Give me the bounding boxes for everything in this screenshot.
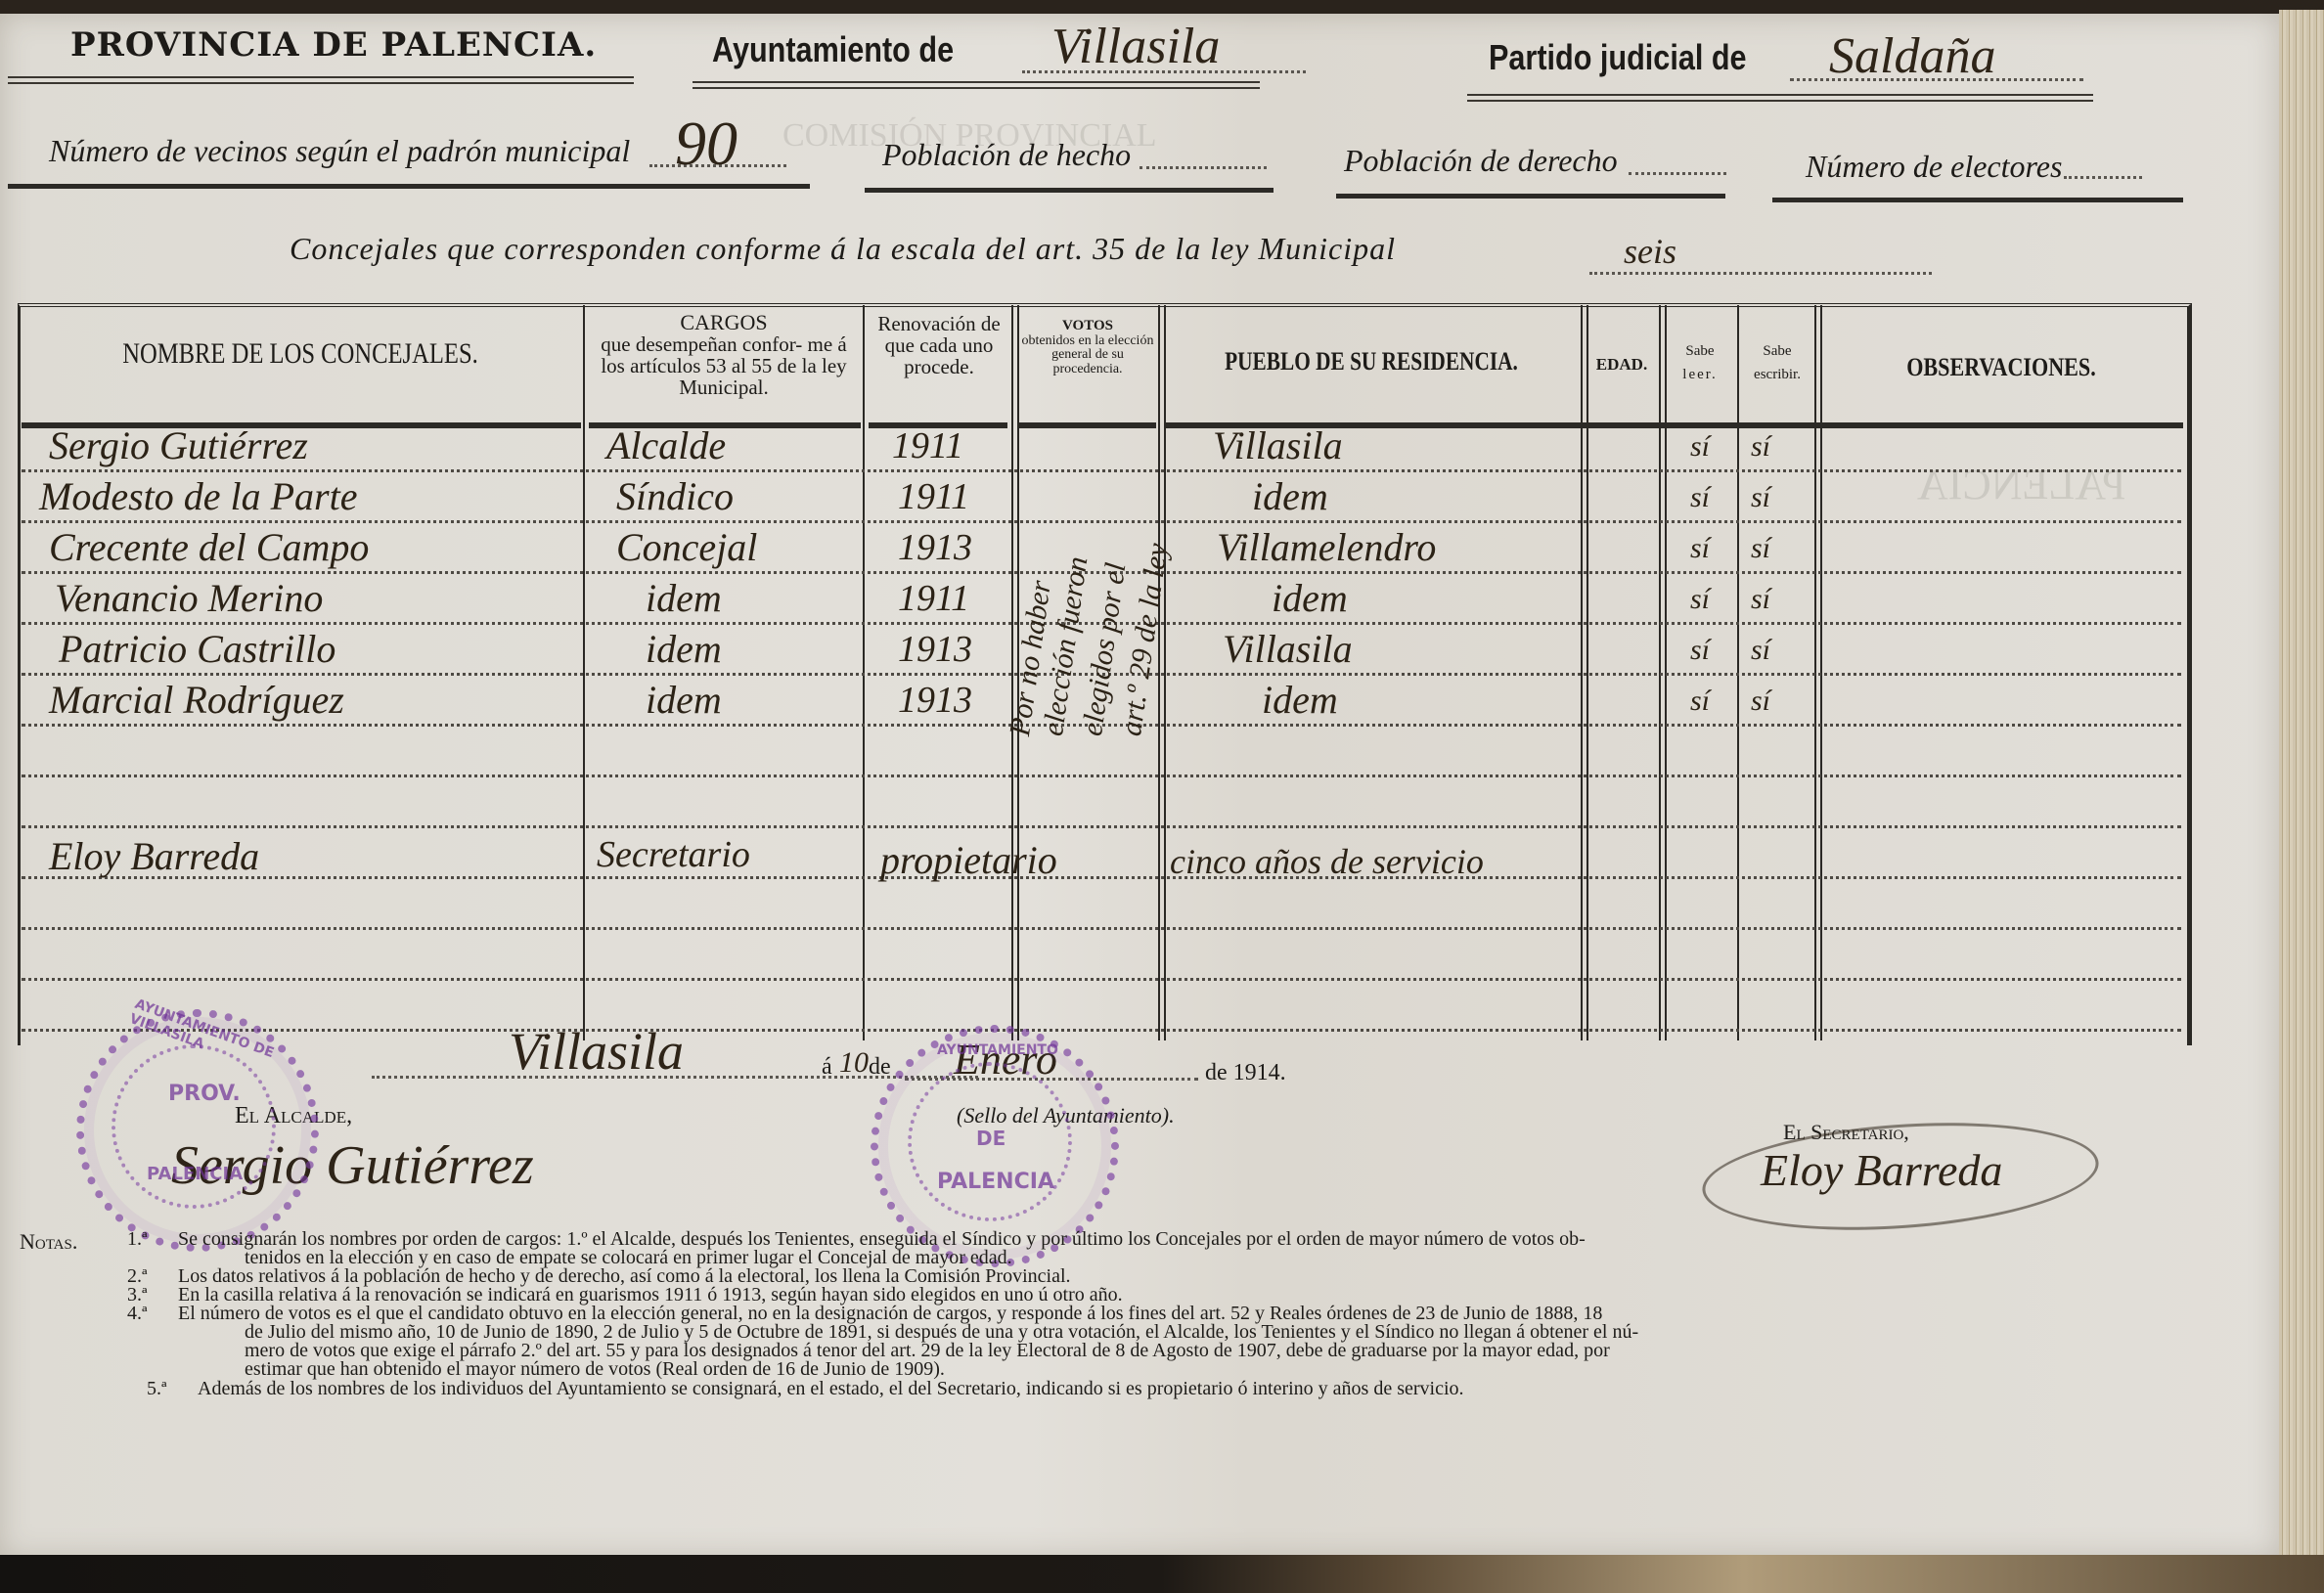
concejales-dots bbox=[1589, 272, 1932, 275]
row-line bbox=[22, 927, 2181, 930]
cell-cargo[interactable]: idem bbox=[646, 677, 722, 723]
column-header-leer: Sabe leer. bbox=[1665, 344, 1735, 383]
cell-escribir[interactable]: sí bbox=[1751, 634, 1770, 667]
date-year: de 1914. bbox=[1205, 1060, 1286, 1086]
cell-nombre[interactable]: Modesto de la Parte bbox=[39, 473, 358, 519]
divider bbox=[8, 76, 634, 84]
stamp-text: AYUNTAMIENTO bbox=[937, 1042, 1058, 1058]
cell-pueblo[interactable]: idem bbox=[1272, 575, 1348, 621]
cell-cargo[interactable]: Secretario bbox=[597, 833, 750, 876]
book-page-edges bbox=[2279, 10, 2324, 1565]
vecinos-label: Número de vecinos según el padrón munici… bbox=[49, 133, 630, 169]
cell-escribir[interactable]: sí bbox=[1751, 583, 1770, 616]
cell-leer[interactable]: sí bbox=[1690, 685, 1710, 718]
column-header-renovacion: Renovación de que cada uno procede. bbox=[869, 313, 1009, 377]
cell-renovacion[interactable]: 1911 bbox=[892, 424, 963, 467]
cell-nombre[interactable]: Sergio Gutiérrez bbox=[49, 422, 308, 468]
cell-leer[interactable]: sí bbox=[1690, 430, 1710, 464]
secretario-signature[interactable]: Eloy Barreda bbox=[1761, 1144, 2002, 1196]
municipal-stamp-left: AYUNTAMIENTO DE VILLASILA PROV. PALENCIA bbox=[76, 1009, 319, 1252]
electores-label: Número de electores bbox=[1806, 149, 2062, 185]
note-line: estimar que han obtenido el mayor número… bbox=[245, 1360, 945, 1379]
divider bbox=[1772, 198, 2183, 202]
province-title: PROVINCIA DE PALENCIA. bbox=[70, 25, 597, 65]
leer-bottom: leer. bbox=[1665, 368, 1735, 383]
vecinos-value[interactable]: 90 bbox=[675, 108, 737, 180]
column-header-edad: EDAD. bbox=[1587, 356, 1657, 374]
note-number: 1.ª bbox=[127, 1230, 148, 1249]
row-line bbox=[22, 1029, 2181, 1032]
cell-escribir[interactable]: sí bbox=[1751, 532, 1770, 565]
cell-pueblo[interactable]: idem bbox=[1252, 473, 1328, 519]
column-header-escribir: Sabe escribir. bbox=[1741, 344, 1813, 383]
concejales-value[interactable]: seis bbox=[1624, 231, 1676, 272]
cell-cargo[interactable]: Alcalde bbox=[606, 422, 726, 468]
cell-pueblo[interactable]: Villasila bbox=[1223, 626, 1353, 672]
ayuntamiento-value[interactable]: Villasila bbox=[1051, 18, 1220, 75]
escribir-top: Sabe bbox=[1741, 344, 1813, 360]
cell-nombre[interactable]: Marcial Rodríguez bbox=[49, 677, 344, 723]
cell-cargo[interactable]: Concejal bbox=[616, 524, 757, 570]
divider bbox=[8, 184, 810, 189]
cell-nombre[interactable]: Venancio Merino bbox=[55, 575, 323, 621]
poblacion-hecho-dots[interactable] bbox=[1140, 166, 1267, 169]
note-number: 5.ª bbox=[147, 1380, 167, 1398]
date-de-label: de bbox=[869, 1054, 891, 1081]
row-line bbox=[22, 876, 2181, 879]
book-bottom-edge bbox=[0, 1555, 2324, 1593]
poblacion-derecho-dots[interactable] bbox=[1629, 172, 1726, 175]
votos-title: VOTOS bbox=[1019, 319, 1156, 334]
cell-leer[interactable]: sí bbox=[1690, 481, 1710, 514]
stamp-text: PROV. bbox=[168, 1082, 241, 1106]
column-header-nombre: NOMBRE DE LOS CONCEJALES. bbox=[71, 338, 528, 370]
column-header-cargos: CARGOS que desempeñan confor- me á los a… bbox=[587, 311, 861, 398]
concejales-label: Concejales que corresponden conforme á l… bbox=[290, 231, 1396, 267]
cell-escribir[interactable]: sí bbox=[1751, 430, 1770, 464]
date-day[interactable]: 10 bbox=[839, 1046, 869, 1080]
cell-pueblo[interactable]: cinco años de servicio bbox=[1170, 841, 1484, 882]
poblacion-derecho-label: Población de derecho bbox=[1344, 143, 1618, 179]
header-rule bbox=[1019, 422, 1156, 428]
cell-renovacion[interactable]: 1913 bbox=[898, 526, 972, 569]
votos-subtitle: obtenidos en la elección general de su p… bbox=[1019, 334, 1156, 377]
cell-renovacion[interactable]: propietario bbox=[880, 837, 1057, 883]
row-line bbox=[22, 825, 2181, 828]
cell-pueblo[interactable]: Villasila bbox=[1213, 422, 1343, 468]
cargos-title: CARGOS bbox=[587, 311, 861, 333]
row-line bbox=[22, 774, 2181, 777]
cell-nombre[interactable]: Crecente del Campo bbox=[49, 524, 369, 570]
cargos-subtitle: que desempeñan confor- me á los artículo… bbox=[587, 333, 861, 398]
poblacion-hecho-label: Población de hecho bbox=[882, 137, 1131, 173]
ayuntamiento-label: Ayuntamiento de bbox=[712, 29, 954, 70]
escribir-bottom: escribir. bbox=[1741, 368, 1813, 383]
electores-dots[interactable] bbox=[2064, 176, 2142, 179]
cell-escribir[interactable]: sí bbox=[1751, 481, 1770, 514]
cell-escribir[interactable]: sí bbox=[1751, 685, 1770, 718]
cell-nombre[interactable]: Eloy Barreda bbox=[49, 833, 259, 879]
cell-pueblo[interactable]: Villamelendro bbox=[1217, 524, 1436, 570]
partido-value[interactable]: Saldaña bbox=[1829, 27, 1995, 85]
stamp-text: DE bbox=[976, 1127, 1006, 1150]
cell-pueblo[interactable]: idem bbox=[1262, 677, 1338, 723]
cell-renovacion[interactable]: 1913 bbox=[898, 679, 972, 722]
partido-label: Partido judicial de bbox=[1489, 37, 1747, 78]
column-header-observaciones: OBSERVACIONES. bbox=[1849, 354, 2155, 380]
cell-cargo[interactable]: idem bbox=[646, 575, 722, 621]
stamp-text: PALENCIA bbox=[937, 1170, 1054, 1194]
notes-label: Notas. bbox=[20, 1232, 77, 1251]
cell-renovacion[interactable]: 1911 bbox=[898, 475, 969, 518]
cell-renovacion[interactable]: 1913 bbox=[898, 628, 972, 671]
stamp-text: PALENCIA bbox=[147, 1164, 243, 1184]
row-line bbox=[22, 469, 2181, 472]
cell-leer[interactable]: sí bbox=[1690, 583, 1710, 616]
cell-renovacion[interactable]: 1911 bbox=[898, 577, 969, 620]
note-number: 4.ª bbox=[127, 1305, 148, 1323]
leer-top: Sabe bbox=[1665, 344, 1735, 360]
cell-cargo[interactable]: idem bbox=[646, 626, 722, 672]
cell-leer[interactable]: sí bbox=[1690, 634, 1710, 667]
cell-nombre[interactable]: Patricio Castrillo bbox=[59, 626, 335, 672]
divider bbox=[865, 188, 1274, 193]
row-line bbox=[22, 978, 2181, 981]
date-a-label: á bbox=[822, 1054, 832, 1081]
cell-leer[interactable]: sí bbox=[1690, 532, 1710, 565]
divider bbox=[693, 81, 1260, 89]
column-header-pueblo: PUEBLO DE SU RESIDENCIA. bbox=[1203, 348, 1540, 375]
date-place[interactable]: Villasila bbox=[509, 1021, 684, 1082]
column-header-votos: VOTOS obtenidos en la elección general d… bbox=[1019, 319, 1156, 377]
cell-cargo[interactable]: Síndico bbox=[616, 473, 734, 519]
divider bbox=[1467, 94, 2093, 102]
note-line: Además de los nombres de los individuos … bbox=[198, 1380, 1464, 1398]
divider bbox=[1336, 194, 1725, 199]
row-line bbox=[22, 520, 2181, 523]
